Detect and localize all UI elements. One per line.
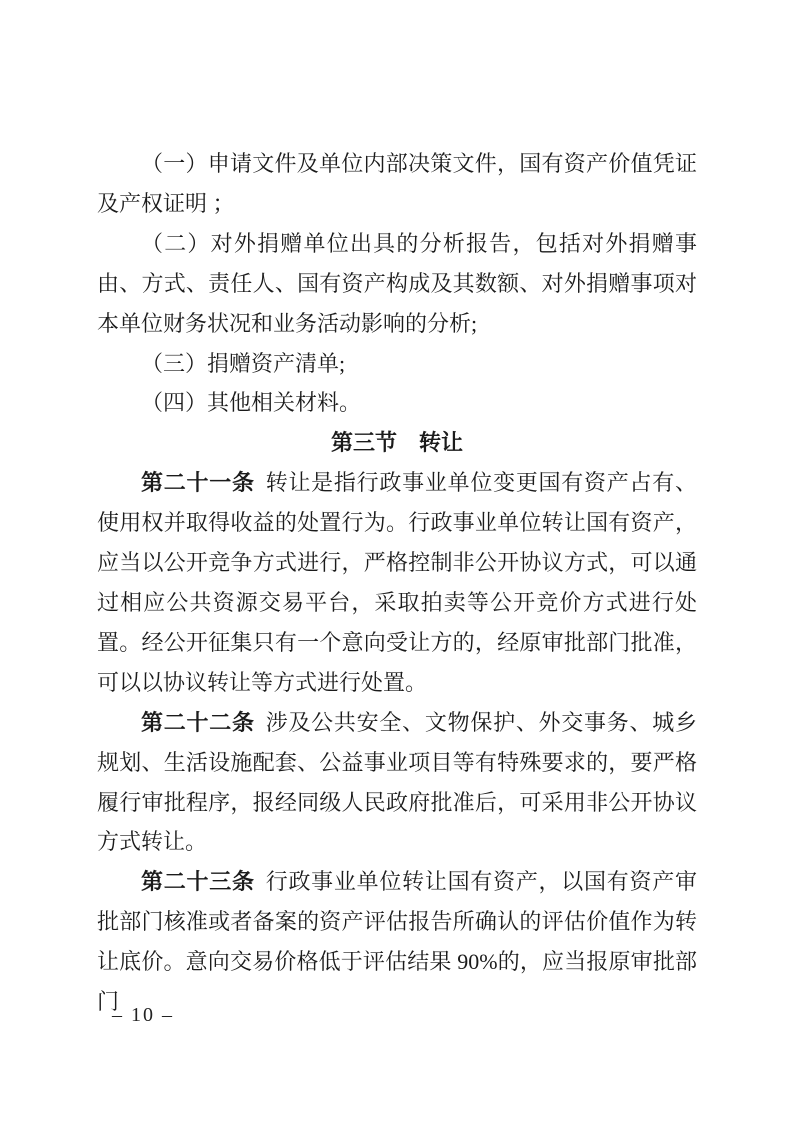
article-23-label: 第二十三条 — [141, 869, 255, 894]
list-item-2: （二）对外捐赠单位出具的分析报告，包括对外捐赠事由、方式、责任人、国有资产构成及… — [97, 224, 697, 344]
section-heading-title: 转让 — [419, 430, 463, 455]
article-22: 第二十二条涉及公共安全、文物保护、外交事务、城乡规划、生活设施配套、公益事业项目… — [97, 703, 697, 863]
article-21: 第二十一条转让是指行政事业单位变更国有资产占有、使用权并取得收益的处置行为。行政… — [97, 463, 697, 702]
list-item-1: （一）申请文件及单位内部决策文件，国有资产价值凭证及产权证明 ； — [97, 144, 697, 224]
section-heading-label: 第三节 — [331, 430, 397, 455]
section-heading: 第三节转让 — [97, 423, 697, 463]
article-21-label: 第二十一条 — [141, 470, 255, 495]
page-number: – 10 – — [112, 1003, 174, 1027]
document-page: （一）申请文件及单位内部决策文件，国有资产价值凭证及产权证明 ； （二）对外捐赠… — [0, 0, 794, 1123]
article-23: 第二十三条行政事业单位转让国有资产，以国有资产审批部门核准或者备案的资产评估报告… — [97, 862, 697, 1022]
list-item-3: （三）捐赠资产清单; — [97, 344, 697, 384]
document-body: （一）申请文件及单位内部决策文件，国有资产价值凭证及产权证明 ； （二）对外捐赠… — [97, 144, 697, 1022]
list-item-4: （四）其他相关材料。 — [97, 383, 697, 423]
article-22-label: 第二十二条 — [141, 710, 255, 735]
article-21-text: 转让是指行政事业单位变更国有资产占有、使用权并取得收益的处置行为。行政事业单位转… — [97, 470, 697, 695]
